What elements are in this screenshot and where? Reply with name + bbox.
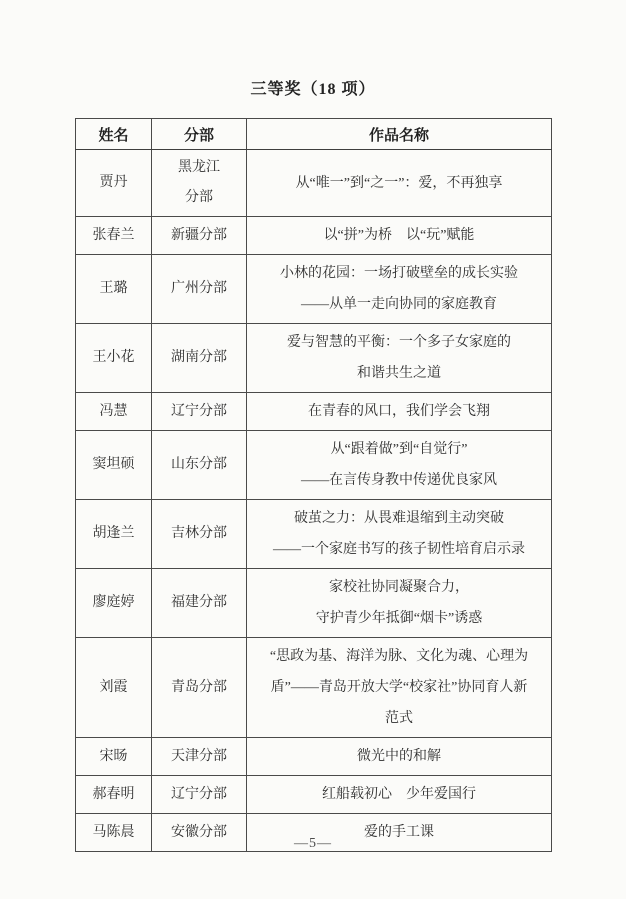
cell-text-line: 破茧之力：从畏难退缩到主动突破	[251, 503, 547, 534]
table-row: 宋旸 天津分部 微光中的和解	[76, 738, 552, 776]
table-row: 廖庭婷 福建分部 家校社协同凝聚合力，守护青少年抵御“烟卡”诱惑	[76, 569, 552, 638]
cell-text-line: 窦坦硕	[80, 450, 147, 480]
cell-text-line: 辽宁分部	[156, 397, 242, 427]
cell-text-line: 福建分部	[156, 588, 242, 618]
table-row: 郝春明 辽宁分部 红船载初心 少年爱国行	[76, 776, 552, 814]
name-cell: 刘霞	[76, 638, 152, 738]
table-row: 胡逢兰 吉林分部 破茧之力：从畏难退缩到主动突破——一个家庭书写的孩子韧性培育启…	[76, 500, 552, 569]
table-row: 王小花 湖南分部 爱与智慧的平衡：一个多子女家庭的和谐共生之道	[76, 324, 552, 393]
table-row: 冯慧 辽宁分部 在青春的风口，我们学会飞翔	[76, 393, 552, 431]
work-title-cell: 从“跟着做”到“自觉行”——在言传身教中传递优良家风	[247, 431, 552, 500]
branch-cell: 青岛分部	[152, 638, 247, 738]
cell-text-line: 小林的花园：一场打破壁垒的成长实验	[251, 258, 547, 289]
branch-cell: 吉林分部	[152, 500, 247, 569]
name-cell: 胡逢兰	[76, 500, 152, 569]
name-cell: 王璐	[76, 255, 152, 324]
table-row: 窦坦硕 山东分部 从“跟着做”到“自觉行”——在言传身教中传递优良家风	[76, 431, 552, 500]
page-title: 三等奖（18 项）	[0, 76, 626, 99]
cell-text-line: 王璐	[80, 274, 147, 304]
branch-cell: 山东分部	[152, 431, 247, 500]
cell-text-line: 从“唯一”到“之一”：爱，不再独享	[251, 168, 547, 199]
work-title-cell: 红船载初心 少年爱国行	[247, 776, 552, 814]
cell-text-line: 天津分部	[156, 742, 242, 772]
page-number: —5—	[0, 836, 626, 852]
name-cell: 贾丹	[76, 150, 152, 217]
cell-text-line: 刘霞	[80, 673, 147, 703]
work-title-cell: 破茧之力：从畏难退缩到主动突破——一个家庭书写的孩子韧性培育启示录	[247, 500, 552, 569]
cell-text-line: 盾”——青岛开放大学“校家社”协同育人新	[251, 672, 547, 703]
cell-text-line: 爱与智慧的平衡：一个多子女家庭的	[251, 327, 547, 358]
cell-text-line: 辽宁分部	[156, 780, 242, 810]
cell-text-line: ——在言传身教中传递优良家风	[251, 465, 547, 496]
cell-text-line: 胡逢兰	[80, 519, 147, 549]
cell-text-line: 吉林分部	[156, 519, 242, 549]
name-cell: 冯慧	[76, 393, 152, 431]
work-title-cell: 爱与智慧的平衡：一个多子女家庭的和谐共生之道	[247, 324, 552, 393]
cell-text-line: 和谐共生之道	[251, 358, 547, 389]
cell-text-line: 冯慧	[80, 397, 147, 427]
cell-text-line: 郝春明	[80, 780, 147, 810]
branch-cell: 黑龙江分部	[152, 150, 247, 217]
name-cell: 廖庭婷	[76, 569, 152, 638]
cell-text-line: ——一个家庭书写的孩子韧性培育启示录	[251, 534, 547, 565]
cell-text-line: 在青春的风口，我们学会飞翔	[251, 396, 547, 427]
work-title-cell: 以“拼”为桥 以“玩”赋能	[247, 217, 552, 255]
header-branch: 分部	[152, 119, 247, 150]
branch-cell: 福建分部	[152, 569, 247, 638]
cell-text-line: 新疆分部	[156, 221, 242, 251]
work-title-cell: “思政为基、海洋为脉、文化为魂、心理为盾”——青岛开放大学“校家社”协同育人新范…	[247, 638, 552, 738]
name-cell: 宋旸	[76, 738, 152, 776]
cell-text-line: 范式	[251, 703, 547, 734]
table-row: 刘霞 青岛分部 “思政为基、海洋为脉、文化为魂、心理为盾”——青岛开放大学“校家…	[76, 638, 552, 738]
branch-cell: 天津分部	[152, 738, 247, 776]
cell-text-line: 微光中的和解	[251, 741, 547, 772]
document-page: 三等奖（18 项） 姓名 分部 作品名称 贾丹 黑龙江分部 从“唯一”到“之一”…	[0, 0, 626, 899]
table-row: 贾丹 黑龙江分部 从“唯一”到“之一”：爱，不再独享	[76, 150, 552, 217]
cell-text-line: 黑龙江	[156, 153, 242, 183]
cell-text-line: 张春兰	[80, 221, 147, 251]
name-cell: 王小花	[76, 324, 152, 393]
work-title-cell: 从“唯一”到“之一”：爱，不再独享	[247, 150, 552, 217]
cell-text-line: “思政为基、海洋为脉、文化为魂、心理为	[251, 641, 547, 672]
table-row: 王璐 广州分部 小林的花园：一场打破壁垒的成长实验——从单一走向协同的家庭教育	[76, 255, 552, 324]
cell-text-line: 湖南分部	[156, 343, 242, 373]
cell-text-line: 青岛分部	[156, 673, 242, 703]
name-cell: 张春兰	[76, 217, 152, 255]
branch-cell: 辽宁分部	[152, 393, 247, 431]
cell-text-line: 山东分部	[156, 450, 242, 480]
work-title-cell: 家校社协同凝聚合力，守护青少年抵御“烟卡”诱惑	[247, 569, 552, 638]
cell-text-line: 以“拼”为桥 以“玩”赋能	[251, 220, 547, 251]
branch-cell: 新疆分部	[152, 217, 247, 255]
cell-text-line: 贾丹	[80, 168, 147, 198]
name-cell: 郝春明	[76, 776, 152, 814]
cell-text-line: ——从单一走向协同的家庭教育	[251, 289, 547, 320]
header-work-title: 作品名称	[247, 119, 552, 150]
table-body: 贾丹 黑龙江分部 从“唯一”到“之一”：爱，不再独享 张春兰 新疆分部 以“拼”…	[76, 150, 552, 852]
work-title-cell: 微光中的和解	[247, 738, 552, 776]
work-title-cell: 在青春的风口，我们学会飞翔	[247, 393, 552, 431]
cell-text-line: 广州分部	[156, 274, 242, 304]
cell-text-line: 家校社协同凝聚合力，	[251, 572, 547, 603]
branch-cell: 广州分部	[152, 255, 247, 324]
branch-cell: 湖南分部	[152, 324, 247, 393]
cell-text-line: 分部	[156, 183, 242, 213]
header-name: 姓名	[76, 119, 152, 150]
cell-text-line: 守护青少年抵御“烟卡”诱惑	[251, 603, 547, 634]
cell-text-line: 廖庭婷	[80, 588, 147, 618]
cell-text-line: 从“跟着做”到“自觉行”	[251, 434, 547, 465]
table-header: 姓名 分部 作品名称	[76, 119, 552, 150]
work-title-cell: 小林的花园：一场打破壁垒的成长实验——从单一走向协同的家庭教育	[247, 255, 552, 324]
cell-text-line: 红船载初心 少年爱国行	[251, 779, 547, 810]
name-cell: 窦坦硕	[76, 431, 152, 500]
header-row: 姓名 分部 作品名称	[76, 119, 552, 150]
cell-text-line: 王小花	[80, 343, 147, 373]
awards-table: 姓名 分部 作品名称 贾丹 黑龙江分部 从“唯一”到“之一”：爱，不再独享 张春…	[75, 118, 552, 852]
cell-text-line: 宋旸	[80, 742, 147, 772]
table-row: 张春兰 新疆分部 以“拼”为桥 以“玩”赋能	[76, 217, 552, 255]
branch-cell: 辽宁分部	[152, 776, 247, 814]
